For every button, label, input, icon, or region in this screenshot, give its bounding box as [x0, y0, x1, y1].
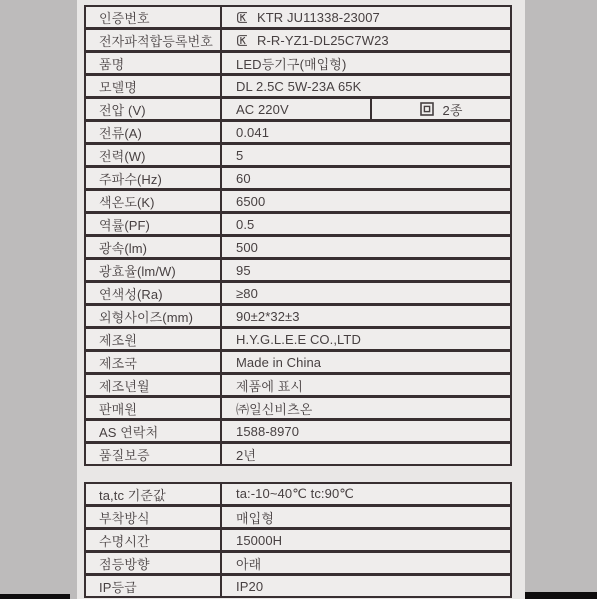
row-label: 제조원 — [86, 329, 222, 349]
row-value: IP20 — [222, 576, 510, 596]
row-value: 6500 — [222, 191, 510, 211]
row-label: 제조국 — [86, 352, 222, 372]
row-label: 품명 — [86, 53, 222, 73]
certification-table: 인증번호 KTR JU11338-23007 전자파적합등록번호 — [84, 5, 512, 466]
spec-table: ta,tc 기준값 ta:-10~40℃ tc:90℃ 부착방식 매입형 수명시… — [84, 482, 512, 598]
row-label: 점등방향 — [86, 553, 222, 573]
row-value: 0.041 — [222, 122, 510, 142]
row-label: 인증번호 — [86, 7, 222, 27]
table-row-seller: 판매원 ㈜일신비츠온 — [84, 396, 512, 420]
table-row-manufacturer: 제조원 H.Y.G.L.E.E CO.,LTD — [84, 327, 512, 351]
table-row-frequency: 주파수(Hz) 60 — [84, 166, 512, 190]
row-label: 색온도(K) — [86, 191, 222, 211]
double-square-icon — [420, 102, 434, 116]
row-label: 전자파적합등록번호 — [86, 30, 222, 50]
bottom-right-dark-edge — [525, 592, 597, 599]
table-row-product-name: 품명 LED등기구(매입형) — [84, 51, 512, 75]
row-value: ㈜일신비츠온 — [222, 398, 510, 418]
row-value: 1588-8970 — [222, 421, 510, 441]
kc-mark-icon — [236, 34, 249, 47]
insulation-class-text: 2종 — [443, 100, 463, 119]
table-row-voltage: 전압 (V) AC 220V 2종 — [84, 97, 512, 121]
table-row-efficacy: 광효율(lm/W) 95 — [84, 258, 512, 282]
insulation-class-cell: 2종 — [372, 99, 510, 119]
row-label: IP등급 — [86, 576, 222, 596]
row-value: H.Y.G.L.E.E CO.,LTD — [222, 329, 510, 349]
row-value: LED등기구(매입형) — [222, 53, 510, 73]
row-value-text: KTR JU11338-23007 — [257, 10, 380, 25]
table-row-ta-tc: ta,tc 기준값 ta:-10~40℃ tc:90℃ — [84, 482, 512, 506]
table-row-ip-rating: IP등급 IP20 — [84, 574, 512, 598]
row-value: 2년 — [222, 444, 510, 464]
table-row-current: 전류(A) 0.041 — [84, 120, 512, 144]
row-value: ≥80 — [222, 283, 510, 303]
label-photo: 인증번호 KTR JU11338-23007 전자파적합등록번호 — [0, 0, 597, 599]
row-value: Made in China — [222, 352, 510, 372]
table-row-lifetime: 수명시간 15000H — [84, 528, 512, 552]
bottom-left-dark-edge — [0, 594, 70, 599]
row-label: 외형사이즈(mm) — [86, 306, 222, 326]
table-row-color-temp: 색온도(K) 6500 — [84, 189, 512, 213]
row-value: 60 — [222, 168, 510, 188]
row-value: 95 — [222, 260, 510, 280]
row-label: 주파수(Hz) — [86, 168, 222, 188]
row-value: 5 — [222, 145, 510, 165]
row-label: ta,tc 기준값 — [86, 484, 222, 504]
row-value-text: R-R-YZ1-DL25C7W23 — [257, 33, 389, 48]
row-label: 연색성(Ra) — [86, 283, 222, 303]
row-label: 품질보증 — [86, 444, 222, 464]
row-value: R-R-YZ1-DL25C7W23 — [222, 30, 510, 50]
table-row-warranty: 품질보증 2년 — [84, 442, 512, 466]
row-label: 전류(A) — [86, 122, 222, 142]
row-label: 광속(lm) — [86, 237, 222, 257]
row-label: AS 연락처 — [86, 421, 222, 441]
row-label: 수명시간 — [86, 530, 222, 550]
table-row-cri: 연색성(Ra) ≥80 — [84, 281, 512, 305]
row-value: 매입형 — [222, 507, 510, 527]
row-value: DL 2.5C 5W-23A 65K — [222, 76, 510, 96]
row-value: 0.5 — [222, 214, 510, 234]
row-value: 아래 — [222, 553, 510, 573]
table-row-power: 전력(W) 5 — [84, 143, 512, 167]
table-row-mount-type: 부착방식 매입형 — [84, 505, 512, 529]
table-row-cert-number: 인증번호 KTR JU11338-23007 — [84, 5, 512, 29]
voltage-value: AC 220V — [222, 99, 370, 119]
table-row-dimensions: 외형사이즈(mm) 90±2*32±3 — [84, 304, 512, 328]
row-value: 제품에 표시 — [222, 375, 510, 395]
table-row-power-factor: 역률(PF) 0.5 — [84, 212, 512, 236]
table-row-light-direction: 점등방향 아래 — [84, 551, 512, 575]
row-label: 모델명 — [86, 76, 222, 96]
row-value: KTR JU11338-23007 — [222, 7, 510, 27]
table-row-emc-number: 전자파적합등록번호 R-R-YZ1-DL25C7W23 — [84, 28, 512, 52]
table-row-luminous-flux: 광속(lm) 500 — [84, 235, 512, 259]
kc-mark-icon — [236, 11, 249, 24]
row-value: 90±2*32±3 — [222, 306, 510, 326]
table-row-country: 제조국 Made in China — [84, 350, 512, 374]
row-value: ta:-10~40℃ tc:90℃ — [222, 484, 510, 504]
row-value: 15000H — [222, 530, 510, 550]
table-row-model-name: 모델명 DL 2.5C 5W-23A 65K — [84, 74, 512, 98]
row-label: 광효율(lm/W) — [86, 260, 222, 280]
table-row-mfg-date: 제조년월 제품에 표시 — [84, 373, 512, 397]
row-value: AC 220V 2종 — [222, 99, 510, 119]
row-label: 부착방식 — [86, 507, 222, 527]
row-label: 전력(W) — [86, 145, 222, 165]
row-label: 제조년월 — [86, 375, 222, 395]
row-label: 역률(PF) — [86, 214, 222, 234]
row-value: 500 — [222, 237, 510, 257]
row-label: 판매원 — [86, 398, 222, 418]
table-row-as-contact: AS 연락처 1588-8970 — [84, 419, 512, 443]
row-label: 전압 (V) — [86, 99, 222, 119]
